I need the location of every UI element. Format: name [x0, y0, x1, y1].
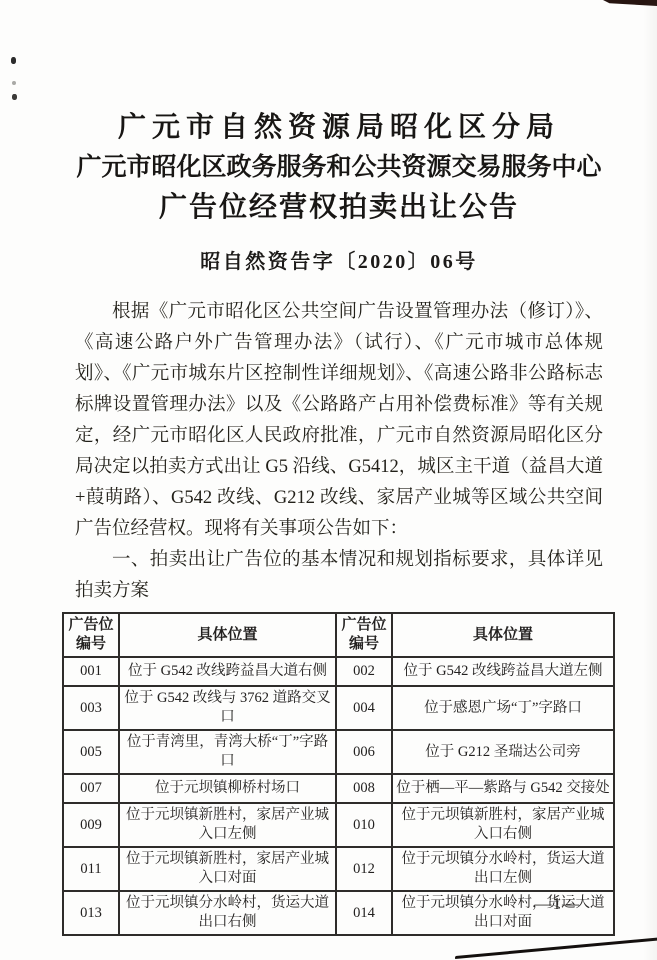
location-cell: 位于元坝镇分水岭村，货运大道出口左侧 [392, 847, 614, 891]
location-cell: 位于元坝镇分水岭村，货运大道出口对面 [392, 891, 614, 935]
location-cell: 位于元坝镇柳桥村场口 [119, 774, 336, 803]
ad-id-cell: 006 [336, 730, 392, 774]
scan-speck-1 [11, 57, 16, 64]
ad-positions-table: 广告位编号 具体位置 广告位编号 具体位置 001 位于 G542 改线跨益昌大… [62, 612, 615, 936]
title-line-2: 广元市昭化区政务服务和公共资源交易服务中心 [75, 148, 603, 188]
location-cell: 位于青湾里，青湾大桥“丁”字路口 [119, 730, 336, 774]
ad-id-cell: 013 [63, 891, 119, 935]
ad-id-cell: 005 [63, 730, 119, 774]
header-location-left: 具体位置 [119, 613, 336, 657]
location-cell: 位于 G212 圣瑞达公司旁 [392, 730, 614, 774]
ad-id-cell: 002 [336, 657, 392, 686]
location-cell: 位于元坝镇分水岭村，货运大道出口右侧 [119, 891, 336, 935]
ad-id-cell: 010 [336, 803, 392, 847]
location-cell: 位于元坝镇新胜村，家居产业城入口右侧 [392, 803, 614, 847]
ad-id-cell: 014 [336, 891, 392, 935]
header-ad-id-right: 广告位编号 [336, 613, 392, 657]
document-title: 广元市自然资源局昭化区分局 广元市昭化区政务服务和公共资源交易服务中心 广告位经… [75, 108, 603, 228]
table-row: 003 位于 G542 改线与 3762 道路交叉口 004 位于感恩广场“丁”… [63, 686, 614, 730]
ad-id-cell: 004 [336, 686, 392, 730]
ad-id-cell: 007 [63, 774, 119, 803]
location-cell: 位于 G542 改线跨益昌大道左侧 [392, 657, 614, 686]
header-location-right: 具体位置 [392, 613, 614, 657]
scan-speck-3 [12, 94, 17, 100]
header-ad-id-left: 广告位编号 [63, 613, 119, 657]
ad-id-cell: 012 [336, 847, 392, 891]
ad-id-cell: 008 [336, 774, 392, 803]
scanned-document-page: 广元市自然资源局昭化区分局 广元市昭化区政务服务和公共资源交易服务中心 广告位经… [0, 0, 657, 960]
table-row: 001 位于 G542 改线跨益昌大道右侧 002 位于 G542 改线跨益昌大… [63, 657, 614, 686]
table-row: 011 位于元坝镇新胜村，家居产业城入口对面 012 位于元坝镇分水岭村，货运大… [63, 847, 614, 891]
table-row: 007 位于元坝镇柳桥村场口 008 位于栖—平—紫路与 G542 交接处 [63, 774, 614, 803]
document-number: 昭自然资告字〔2020〕06号 [75, 245, 603, 274]
table-row: 013 位于元坝镇分水岭村，货运大道出口右侧 014 位于元坝镇分水岭村，货运大… [63, 891, 614, 935]
location-cell: 位于元坝镇新胜村，家居产业城入口左侧 [119, 803, 336, 847]
ad-id-cell: 009 [63, 803, 119, 847]
document-content: 广元市自然资源局昭化区分局 广元市昭化区政务服务和公共资源交易服务中心 广告位经… [75, 108, 603, 936]
table-row: 009 位于元坝镇新胜村，家居产业城入口左侧 010 位于元坝镇新胜村，家居产业… [63, 803, 614, 847]
paragraph-legal-basis: 根据《广元市昭化区公共空间广告设置管理办法（修订）》、《高速公路户外广告管理办法… [75, 297, 603, 545]
location-cell: 位于 G542 改线与 3762 道路交叉口 [119, 686, 336, 730]
scan-edge-shading [643, 0, 657, 960]
location-cell: 位于感恩广场“丁”字路口 [392, 686, 614, 730]
location-cell: 位于元坝镇新胜村，家居产业城入口对面 [119, 847, 336, 891]
table-row: 005 位于青湾里，青湾大桥“丁”字路口 006 位于 G212 圣瑞达公司旁 [63, 730, 614, 774]
scan-speck-2 [12, 81, 16, 85]
location-cell: 位于 G542 改线跨益昌大道右侧 [119, 657, 336, 686]
page-number: —1— [535, 894, 581, 914]
ad-id-cell: 001 [63, 657, 119, 686]
table-header-row: 广告位编号 具体位置 广告位编号 具体位置 [63, 613, 614, 657]
location-cell: 位于栖—平—紫路与 G542 交接处 [392, 774, 614, 803]
title-line-1: 广元市自然资源局昭化区分局 [75, 108, 603, 148]
scan-artifact-top-right [603, 0, 657, 6]
paragraph-section-one: 一、拍卖出让广告位的基本情况和规划指标要求，具体详见拍卖方案 [75, 545, 603, 607]
title-line-3: 广告位经营权拍卖出让公告 [75, 188, 603, 228]
scan-artifact-bottom-right [455, 937, 657, 959]
ad-id-cell: 003 [63, 686, 119, 730]
ad-id-cell: 011 [63, 847, 119, 891]
